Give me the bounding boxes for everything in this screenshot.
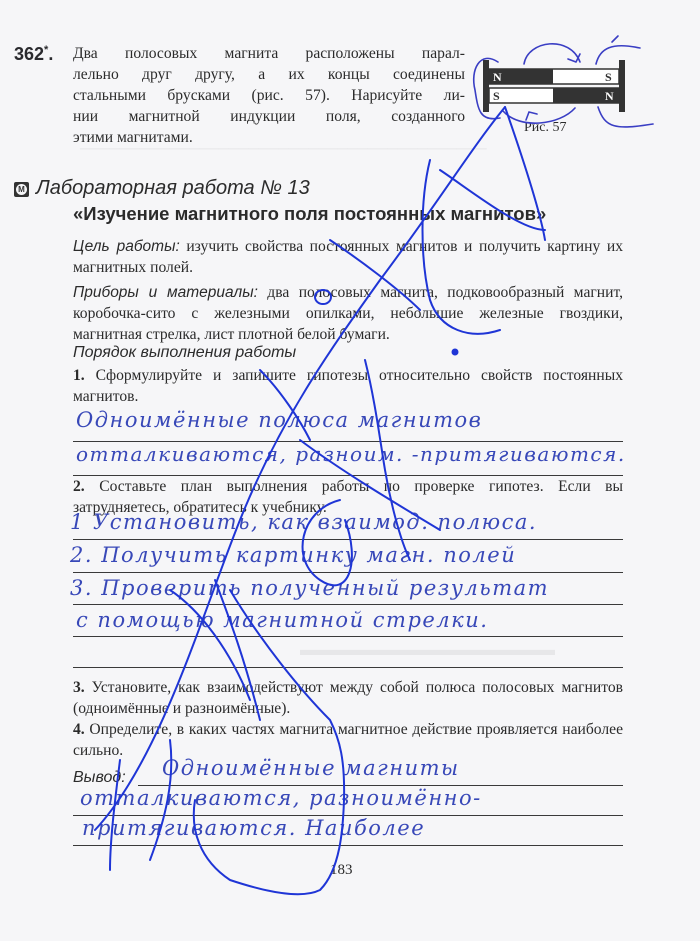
- task-line: Два полосовых магнита расположены парал-: [73, 43, 465, 64]
- pole-label-bottom-right: N: [605, 89, 614, 104]
- pole-label-top-right: S: [605, 70, 612, 85]
- lab-icon: М: [14, 182, 29, 197]
- handwritten-conclusion-2: отталкиваются, разноимённо-: [80, 786, 482, 810]
- handwritten-answer-1-line-1: Одноимённые полюса магнитов: [76, 408, 482, 432]
- step-1: 1. Сформулируйте и запишите гипотезы отн…: [73, 365, 623, 407]
- answer-line: [73, 572, 623, 573]
- handwritten-answer-1-line-2: отталкиваются, разноим. -притягиваются.: [76, 442, 626, 466]
- task-line: стальными брусками (рис. 57). Нарисуйте …: [73, 85, 465, 106]
- goal-label: Цель работы:: [73, 238, 180, 255]
- pole-label-bottom-left: S: [493, 89, 500, 104]
- task-line: лельно друг другу, а их концы соединены: [73, 64, 465, 85]
- workbook-page: ────────────────────────────────────────…: [0, 0, 700, 941]
- task-number: 362*.: [14, 44, 53, 65]
- lab-title: Лабораторная работа № 13: [36, 177, 310, 200]
- answer-line: [73, 539, 623, 540]
- answer-line: [73, 636, 623, 637]
- show-through-heading: ▬▬▬▬▬▬▬▬▬▬▬▬▬▬▬: [300, 640, 555, 660]
- procedure-heading: Порядок выполнения работы: [73, 344, 296, 362]
- conclusion-label: Вывод:: [73, 769, 126, 787]
- step-4: 4. Определите, в каких частях магнита ма…: [73, 719, 623, 761]
- page-number: 183: [330, 862, 353, 879]
- handwritten-plan-1: 1 Установить, как взаимод. полюса.: [70, 510, 537, 534]
- task-line: этими магнитами.: [73, 127, 465, 148]
- answer-line: [73, 845, 623, 846]
- task-line: нии магнитной индукции поля, созданного: [73, 106, 465, 127]
- handwritten-plan-2: 2. Получить картинку магн. полей: [70, 543, 516, 567]
- handwritten-conclusion-3: притягиваются. Наиболее: [82, 816, 425, 840]
- pole-label-top-left: N: [493, 70, 502, 85]
- answer-line: [73, 604, 623, 605]
- handwritten-conclusion-1: Одноимённые магниты: [162, 756, 460, 780]
- lab-goal: Цель работы: изучить свойства постоянных…: [73, 236, 623, 278]
- figure-caption: Рис. 57: [524, 120, 567, 136]
- handwritten-plan-4: с помощью магнитной стрелки.: [76, 608, 488, 632]
- materials-label: Приборы и материалы:: [73, 284, 258, 301]
- handwritten-plan-3: 3. Проверить полученный результат: [70, 576, 549, 600]
- task-text: Два полосовых магнита расположены парал-…: [73, 43, 465, 148]
- answer-line: [73, 667, 623, 668]
- step-3: 3. Установите, как взаимодействуют между…: [73, 677, 623, 719]
- figure-57-magnets: N S S N: [483, 60, 625, 112]
- lab-materials: Приборы и материалы: два полосовых магни…: [73, 282, 623, 345]
- lab-subtitle: «Изучение магнитного поля постоянных маг…: [73, 203, 546, 225]
